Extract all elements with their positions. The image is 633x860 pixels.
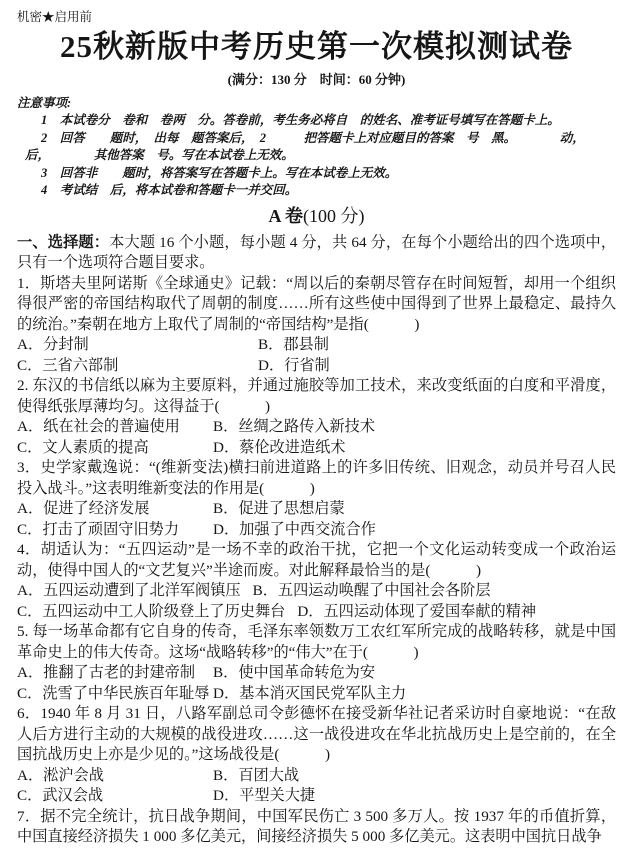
option-label: A． bbox=[17, 500, 43, 517]
option-text: 文人素质的提高 bbox=[42, 439, 148, 456]
option-label: C． bbox=[17, 521, 42, 538]
section-one-intro: 一、选择题：本大题 16 个小题，每小题 4 分，共 64 分，在每个小题给出的… bbox=[17, 233, 616, 274]
question-number: 5. bbox=[17, 623, 32, 640]
option-text: 百团大战 bbox=[238, 767, 299, 784]
option-text: 三省六部制 bbox=[42, 357, 118, 374]
option-row: A．促进了经济发展B．促进了思想启蒙 bbox=[17, 499, 616, 520]
question-text: 据不完全统计，抗日战争期间，中国军民伤亡 3 500 多万人。按 1937 年的… bbox=[17, 808, 616, 846]
question-text: 东汉的书信纸以麻为主要原料，并通过施胶等加工技术，来改变纸面的白度和平滑度，使得… bbox=[17, 377, 616, 415]
option-text: 丝绸之路传入新技术 bbox=[238, 418, 375, 435]
option-text: 五四运动唤醒了中国社会各阶层 bbox=[278, 582, 491, 599]
question-stem: 5. 每一场革命都有它自身的传奇，毛泽东率领数万工农红军所完成的战略转移，就是中… bbox=[17, 622, 616, 663]
option-text: 五四运动中工人阶级登上了历史舞台 bbox=[42, 603, 285, 620]
option-text: 基本消灭国民党军队主力 bbox=[239, 685, 406, 702]
note-line: 3 回答非 题时，将答案写在答题卡上。写在本试卷上无效。 bbox=[17, 165, 616, 183]
option-a: A．推翻了古老的封建帝制 bbox=[17, 663, 213, 684]
option-label: B． bbox=[213, 664, 238, 681]
question-number: 4． bbox=[17, 541, 41, 558]
option-text: 分封制 bbox=[43, 336, 89, 353]
note-line: 4 考试结 后，将本试卷和答题卡一并交回。 bbox=[17, 182, 616, 200]
option-text: 打击了顽固守旧势力 bbox=[42, 521, 179, 538]
option-d: D．五四运动体现了爱国奉献的精神 bbox=[297, 602, 616, 623]
option-label: B． bbox=[258, 336, 283, 353]
question-number: 3． bbox=[17, 459, 40, 476]
section-a-label: A 卷 bbox=[268, 206, 303, 226]
question-text: 1940 年 8 月 31 日，八路军副总司令彭德怀在接受新华社记者采访时自豪地… bbox=[17, 705, 616, 763]
question-number: 7． bbox=[17, 808, 40, 825]
notes-heading: 注意事项: bbox=[17, 95, 616, 112]
option-text: 推翻了古老的封建帝制 bbox=[43, 664, 195, 681]
question-number: 1． bbox=[17, 275, 40, 292]
option-row: C．五四运动中工人阶级登上了历史舞台D．五四运动体现了爱国奉献的精神 bbox=[17, 602, 616, 623]
exam-paper: 机密★启用前 25秋新版中考历史第一次模拟测试卷 (满分：130 分 时间：60… bbox=[0, 0, 633, 860]
option-row: C．武汉会战D．平型关大捷 bbox=[17, 786, 616, 807]
option-label: C． bbox=[17, 357, 42, 374]
option-d: D．蔡伦改进造纸术 bbox=[213, 438, 616, 459]
option-c: C．武汉会战 bbox=[17, 786, 213, 807]
option-label: B． bbox=[213, 767, 238, 784]
option-a: A．促进了经济发展 bbox=[17, 499, 213, 520]
question-stem: 7．据不完全统计，抗日战争期间，中国军民伤亡 3 500 多万人。按 1937 … bbox=[17, 807, 616, 848]
question-stem: 1．斯塔夫里阿诺斯《全球通史》记载：“周以后的秦朝尽管存在时间短暂，却用一个组织… bbox=[17, 274, 616, 336]
option-text: 洗雪了中华民族百年耻辱 bbox=[42, 685, 209, 702]
option-label: C． bbox=[17, 685, 42, 702]
section-a-heading: A 卷(100 分) bbox=[17, 204, 616, 228]
option-row: C．文人素质的提高D．蔡伦改进造纸术 bbox=[17, 438, 616, 459]
option-text: 促进了经济发展 bbox=[43, 500, 149, 517]
question-stem: 4．胡适认为：“五四运动”是一场不幸的政治干扰，它把一个文化运动转变成一个政治运… bbox=[17, 540, 616, 581]
option-label: D． bbox=[213, 685, 239, 702]
option-text: 行省制 bbox=[284, 357, 330, 374]
option-label: B． bbox=[253, 582, 278, 599]
question-text: 史学家戴逸说：“(维新变法)横扫前进道路上的许多旧传统、旧观念，动员并号召人民投… bbox=[17, 459, 616, 497]
option-c: C．打击了顽固守旧势力 bbox=[17, 520, 213, 541]
security-label: 机密★启用前 bbox=[17, 10, 616, 25]
option-c: C．洗雪了中华民族百年耻辱 bbox=[17, 684, 213, 705]
option-d: D．行省制 bbox=[258, 356, 616, 377]
option-c: C．五四运动中工人阶级登上了历史舞台 bbox=[17, 602, 285, 623]
option-b: B．郡县制 bbox=[258, 335, 616, 356]
option-a: A．分封制 bbox=[17, 335, 258, 356]
option-label: D． bbox=[297, 603, 323, 620]
question-text: 胡适认为：“五四运动”是一场不幸的政治干扰，它把一个文化运动转变成一个政治运动，… bbox=[17, 541, 616, 579]
option-label: D． bbox=[213, 787, 239, 804]
option-label: C． bbox=[17, 787, 42, 804]
option-d: D．平型关大捷 bbox=[213, 786, 616, 807]
section-a-score: (100 分) bbox=[303, 206, 365, 226]
option-label: A． bbox=[17, 336, 43, 353]
option-row: A．淞沪会战B．百团大战 bbox=[17, 766, 616, 787]
option-text: 使中国革命转危为安 bbox=[238, 664, 375, 681]
option-label: D． bbox=[258, 357, 284, 374]
note-line: 2 回答 题时， 出每 题答案后， 2 把答题卡上对应题目的答案 号 黑。 动， bbox=[17, 130, 616, 148]
section-one-heading: 一、选择题： bbox=[17, 234, 109, 251]
option-a: A．淞沪会战 bbox=[17, 766, 213, 787]
option-label: A． bbox=[17, 664, 43, 681]
option-row: A．五四运动遭到了北洋军阀镇压B．五四运动唤醒了中国社会各阶层 bbox=[17, 581, 616, 602]
notes-list: 1 本试卷分 卷和 卷两 分。答卷前，考生务必将自 的姓名、准考证号填写在答题卡… bbox=[17, 112, 616, 200]
exam-title: 25秋新版中考历史第一次模拟测试卷 bbox=[17, 29, 616, 65]
option-d: D．基本消灭国民党军队主力 bbox=[213, 684, 616, 705]
option-c: C．三省六部制 bbox=[17, 356, 258, 377]
option-a: A．五四运动遭到了北洋军阀镇压 bbox=[17, 581, 241, 602]
question-text: 斯塔夫里阿诺斯《全球通史》记载：“周以后的秦朝尽管存在时间短暂，却用一个组织得很… bbox=[17, 275, 616, 333]
option-a: A．纸在社会的普遍使用 bbox=[17, 417, 213, 438]
option-label: D． bbox=[213, 439, 239, 456]
question-number: 2. bbox=[17, 377, 32, 394]
option-text: 平型关大捷 bbox=[239, 787, 315, 804]
option-b: B．促进了思想启蒙 bbox=[213, 499, 616, 520]
option-text: 蔡伦改进造纸术 bbox=[239, 439, 345, 456]
option-row: A．分封制B．郡县制 bbox=[17, 335, 616, 356]
option-b: B．丝绸之路传入新技术 bbox=[213, 417, 616, 438]
option-text: 纸在社会的普遍使用 bbox=[43, 418, 180, 435]
question-stem: 3．史学家戴逸说：“(维新变法)横扫前进道路上的许多旧传统、旧观念，动员并号召人… bbox=[17, 458, 616, 499]
question-text: 每一场革命都有它自身的传奇，毛泽东率领数万工农红军所完成的战略转移，就是中国革命… bbox=[17, 623, 616, 661]
option-b: B．使中国革命转危为安 bbox=[213, 663, 616, 684]
option-text: 加强了中西交流合作 bbox=[239, 521, 376, 538]
option-text: 郡县制 bbox=[283, 336, 329, 353]
option-label: B． bbox=[213, 500, 238, 517]
questions-container: 1．斯塔夫里阿诺斯《全球通史》记载：“周以后的秦朝尽管存在时间短暂，却用一个组织… bbox=[17, 274, 616, 848]
option-label: A． bbox=[17, 767, 43, 784]
option-d: D．加强了中西交流合作 bbox=[213, 520, 616, 541]
option-c: C．文人素质的提高 bbox=[17, 438, 213, 459]
option-label: D． bbox=[213, 521, 239, 538]
option-text: 武汉会战 bbox=[42, 787, 103, 804]
question-number: 6． bbox=[17, 705, 40, 722]
option-label: A． bbox=[17, 418, 43, 435]
option-label: C． bbox=[17, 603, 42, 620]
option-text: 五四运动遭到了北洋军阀镇压 bbox=[43, 582, 240, 599]
question-stem: 2. 东汉的书信纸以麻为主要原料，并通过施胶等加工技术，来改变纸面的白度和平滑度… bbox=[17, 376, 616, 417]
question-stem: 6．1940 年 8 月 31 日，八路军副总司令彭德怀在接受新华社记者采访时自… bbox=[17, 704, 616, 766]
option-row: C．打击了顽固守旧势力D．加强了中西交流合作 bbox=[17, 520, 616, 541]
option-row: A．纸在社会的普遍使用B．丝绸之路传入新技术 bbox=[17, 417, 616, 438]
option-row: C．三省六部制D．行省制 bbox=[17, 356, 616, 377]
option-text: 五四运动体现了爱国奉献的精神 bbox=[323, 603, 536, 620]
note-line: 1 本试卷分 卷和 卷两 分。答卷前，考生务必将自 的姓名、准考证号填写在答题卡… bbox=[17, 112, 616, 130]
option-label: B． bbox=[213, 418, 238, 435]
note-line: 后， 其他答案 号。写在本试卷上无效。 bbox=[17, 147, 616, 165]
option-b: B．百团大战 bbox=[213, 766, 616, 787]
option-label: C． bbox=[17, 439, 42, 456]
option-label: A． bbox=[17, 582, 43, 599]
option-b: B．五四运动唤醒了中国社会各阶层 bbox=[253, 581, 616, 602]
option-text: 促进了思想启蒙 bbox=[238, 500, 344, 517]
option-row: A．推翻了古老的封建帝制B．使中国革命转危为安 bbox=[17, 663, 616, 684]
option-text: 淞沪会战 bbox=[43, 767, 104, 784]
option-row: C．洗雪了中华民族百年耻辱D．基本消灭国民党军队主力 bbox=[17, 684, 616, 705]
exam-subtitle: (满分：130 分 时间：60 分钟) bbox=[17, 69, 616, 88]
